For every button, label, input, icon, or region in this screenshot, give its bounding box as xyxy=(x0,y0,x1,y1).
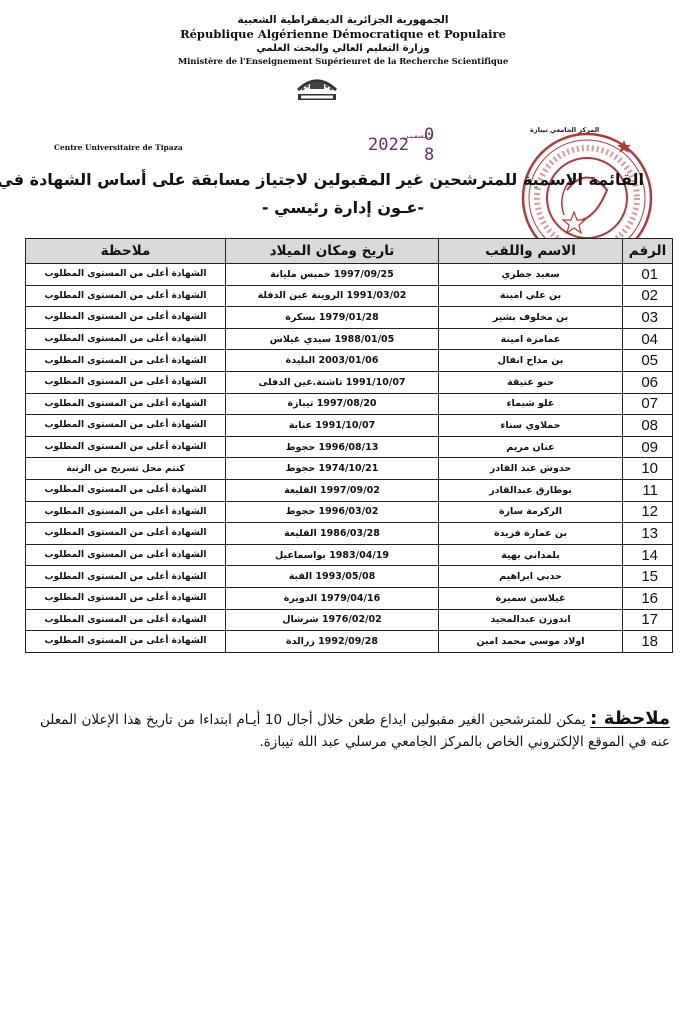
birth-date-place: 1997/08/20 تيبازة xyxy=(226,393,439,415)
candidate-name: حملاوي سناء xyxy=(439,415,623,437)
table-row: 13بن عمارة فريدة1986/03/28 القليعةالشهاد… xyxy=(26,523,673,545)
birth-date-place: 1988/01/05 سيدي غيلاس xyxy=(226,328,439,350)
header-name: الاسم واللقب xyxy=(439,239,623,264)
birth-date-place: 1991/10/07 تاشتة.عين الدفلى xyxy=(226,371,439,393)
row-number: 08 xyxy=(623,415,673,437)
birth-date-place: 1992/09/28 زرالدة xyxy=(226,631,439,653)
table-row: 06حنو عتيقة1991/10/07 تاشتة.عين الدفلىال… xyxy=(26,371,673,393)
table-row: 08حملاوي سناء1991/10/07 عنابةالشهادة أعل… xyxy=(26,415,673,437)
candidate-name: حنو عتيقة xyxy=(439,371,623,393)
document-title: القائمة الاسمية للمترشحين غير المقبولين … xyxy=(0,170,644,189)
row-number: 04 xyxy=(623,328,673,350)
candidate-name: حدبي ابراهيم xyxy=(439,566,623,588)
row-number: 01 xyxy=(623,264,673,286)
table-header-row: الرقم الاسم واللقب تاريخ ومكان الميلاد م… xyxy=(26,239,673,264)
row-number: 09 xyxy=(623,436,673,458)
rejection-reason: كنتم محل تسريح من الرتبة xyxy=(26,458,226,480)
candidate-name: بن علي امينة xyxy=(439,285,623,307)
birth-date-place: 1983/04/19 بواسماعيل xyxy=(226,544,439,566)
table-row: 15حدبي ابراهيم1993/05/08 القبةالشهادة أع… xyxy=(26,566,673,588)
ministry-french: Ministère de l'Enseignement Supérieuret … xyxy=(0,57,686,67)
rejection-reason: الشهادة أعلى من المستوى المطلوب xyxy=(26,587,226,609)
table-row: 03بن مخلوف بشير1979/01/28 بسكرةالشهادة أ… xyxy=(26,307,673,329)
table-row: 01سعيد جطري1997/09/25 خميس مليانةالشهادة… xyxy=(26,264,673,286)
row-number: 06 xyxy=(623,371,673,393)
table-row: 02بن علي امينة1991/03/02 الروينة عين الد… xyxy=(26,285,673,307)
republic-french: République Algérienne Démocratique et Po… xyxy=(0,27,686,41)
table-row: 16غيلاسن سميرة1979/04/16 الدويرةالشهادة … xyxy=(26,587,673,609)
document-subtitle: -عـون إدارة رئيسي - xyxy=(0,198,686,217)
candidate-name: بوطارق عبدالقادر xyxy=(439,479,623,501)
row-number: 03 xyxy=(623,307,673,329)
candidate-name: عنان مريم xyxy=(439,436,623,458)
row-number: 07 xyxy=(623,393,673,415)
row-number: 12 xyxy=(623,501,673,523)
rejection-reason: الشهادة أعلى من المستوى المطلوب xyxy=(26,479,226,501)
candidate-name: الركرمة سارة xyxy=(439,501,623,523)
row-number: 15 xyxy=(623,566,673,588)
candidate-name: غيلاسن سميرة xyxy=(439,587,623,609)
birth-date-place: 1991/10/07 عنابة xyxy=(226,415,439,437)
header-number: الرقم xyxy=(623,239,673,264)
row-number: 14 xyxy=(623,544,673,566)
candidate-name: بن مداح انفال xyxy=(439,350,623,372)
table-row: 07علو شيماء1997/08/20 تيبازةالشهادة أعلى… xyxy=(26,393,673,415)
footer-note-label: ملاحظة : xyxy=(590,708,670,729)
rejection-reason: الشهادة أعلى من المستوى المطلوب xyxy=(26,371,226,393)
rejection-reason: الشهادة أعلى من المستوى المطلوب xyxy=(26,436,226,458)
header-note: ملاحظة xyxy=(26,239,226,264)
table-row: 14بلمداني بهية1983/04/19 بواسماعيلالشهاد… xyxy=(26,544,673,566)
rejection-reason: الشهادة أعلى من المستوى المطلوب xyxy=(26,350,226,372)
candidate-name: سعيد جطري xyxy=(439,264,623,286)
footer-note-text: يمكن للمترشحين الغير مقبولين ايداع طعن خ… xyxy=(40,712,670,750)
birth-date-place: 1979/01/28 بسكرة xyxy=(226,307,439,329)
rejection-reason: الشهادة أعلى من المستوى المطلوب xyxy=(26,415,226,437)
candidate-name: بن عمارة فريدة xyxy=(439,523,623,545)
candidate-name: حدوش عبد القادر xyxy=(439,458,623,480)
table-row: 17ابدوزن عبدالمجيد1976/02/02 شرشالالشهاد… xyxy=(26,609,673,631)
date-year: 2022 xyxy=(368,135,409,155)
table-row: 12الركرمة سارة1996/03/02 حجوطالشهادة أعل… xyxy=(26,501,673,523)
birth-date-place: 2003/01/06 البليدة xyxy=(226,350,439,372)
row-number: 13 xyxy=(623,523,673,545)
candidate-name: ابدوزن عبدالمجيد xyxy=(439,609,623,631)
rejection-reason: الشهادة أعلى من المستوى المطلوب xyxy=(26,328,226,350)
rejection-reason: الشهادة أعلى من المستوى المطلوب xyxy=(26,264,226,286)
candidate-name: بن مخلوف بشير xyxy=(439,307,623,329)
candidate-name: علو شيماء xyxy=(439,393,623,415)
header-birth: تاريخ ومكان الميلاد xyxy=(226,239,439,264)
table-row: 18اولاد موسي محمد امين1992/09/28 زرالدةا… xyxy=(26,631,673,653)
table-row: 11بوطارق عبدالقادر1997/09/02 القليعةالشه… xyxy=(26,479,673,501)
institution-name: Centre Universitaire de Tipaza xyxy=(54,143,183,152)
birth-date-place: 1976/02/02 شرشال xyxy=(226,609,439,631)
rejection-reason: الشهادة أعلى من المستوى المطلوب xyxy=(26,393,226,415)
ministry-arabic: وزارة التعليم العالي والبحث العلمي xyxy=(0,43,686,54)
rejection-reason: الشهادة أعلى من المستوى المطلوب xyxy=(26,307,226,329)
table-row: 10حدوش عبد القادر1974/10/21 حجوطكنتم محل… xyxy=(26,458,673,480)
row-number: 16 xyxy=(623,587,673,609)
row-number: 18 xyxy=(623,631,673,653)
rejected-candidates-table: الرقم الاسم واللقب تاريخ ومكان الميلاد م… xyxy=(25,238,673,653)
birth-date-place: 1997/09/02 القليعة xyxy=(226,479,439,501)
candidate-name: عمامرة امينة xyxy=(439,328,623,350)
seal-caption: المركز الجامعي تيبازة xyxy=(530,126,599,134)
row-number: 10 xyxy=(623,458,673,480)
birth-date-place: 1996/08/13 حجوط xyxy=(226,436,439,458)
birth-date-place: 1996/03/02 حجوط xyxy=(226,501,439,523)
birth-date-place: 1974/10/21 حجوط xyxy=(226,458,439,480)
table-row: 09عنان مريم1996/08/13 حجوطالشهادة أعلى م… xyxy=(26,436,673,458)
birth-date-place: 1986/03/28 القليعة xyxy=(226,523,439,545)
footer-note: ملاحظة : يمكن للمترشحين الغير مقبولين اي… xyxy=(40,708,670,753)
university-logo-icon xyxy=(292,70,342,104)
rejection-reason: الشهادة أعلى من المستوى المطلوب xyxy=(26,566,226,588)
rejection-reason: الشهادة أعلى من المستوى المطلوب xyxy=(26,544,226,566)
candidate-name: اولاد موسي محمد امين xyxy=(439,631,623,653)
rejection-reason: الشهادة أعلى من المستوى المطلوب xyxy=(26,285,226,307)
rejection-reason: الشهادة أعلى من المستوى المطلوب xyxy=(26,609,226,631)
row-number: 02 xyxy=(623,285,673,307)
table-row: 05بن مداح انفال2003/01/06 البليدةالشهادة… xyxy=(26,350,673,372)
rejection-reason: الشهادة أعلى من المستوى المطلوب xyxy=(26,501,226,523)
republic-arabic: الجمهورية الجزائرية الديمقراطية الشعبية xyxy=(0,14,686,26)
rejection-reason: الشهادة أعلى من المستوى المطلوب xyxy=(26,631,226,653)
birth-date-place: 1993/05/08 القبة xyxy=(226,566,439,588)
rejection-reason: الشهادة أعلى من المستوى المطلوب xyxy=(26,523,226,545)
row-number: 11 xyxy=(623,479,673,501)
birth-date-place: 1979/04/16 الدويرة xyxy=(226,587,439,609)
birth-date-place: 1991/03/02 الروينة عين الدفلة xyxy=(226,285,439,307)
row-number: 05 xyxy=(623,350,673,372)
row-number: 17 xyxy=(623,609,673,631)
birth-date-place: 1997/09/25 خميس مليانة xyxy=(226,264,439,286)
candidate-name: بلمداني بهية xyxy=(439,544,623,566)
table-row: 04عمامرة امينة1988/01/05 سيدي غيلاسالشها… xyxy=(26,328,673,350)
